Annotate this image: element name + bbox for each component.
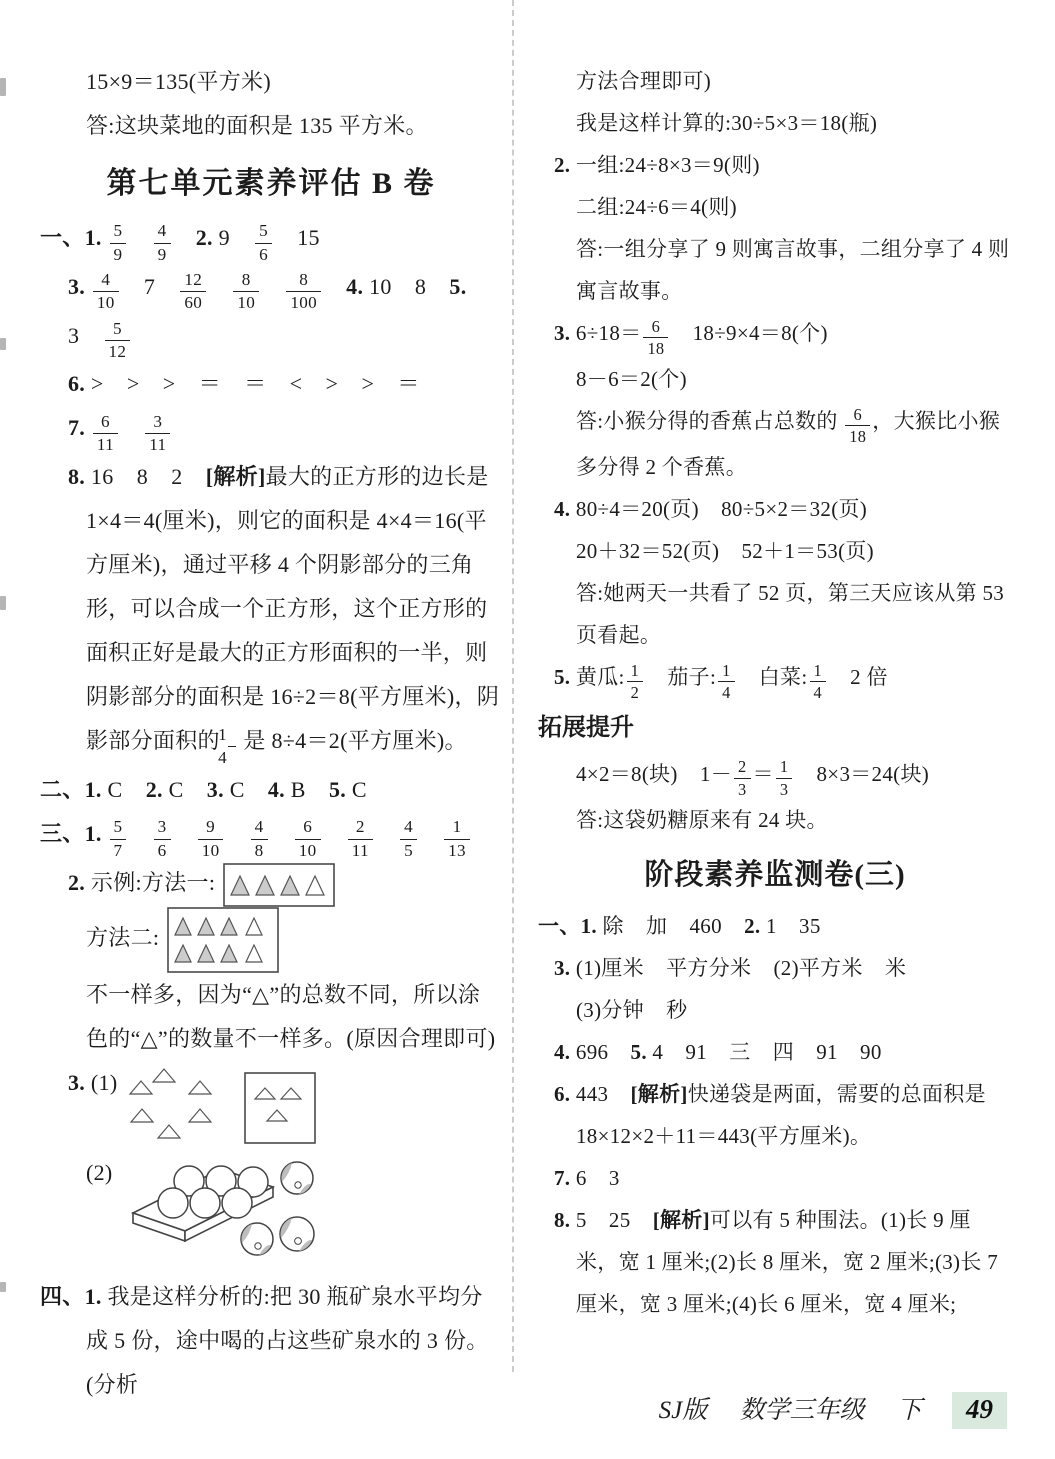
answer-line: 5. 黄瓜:12 茄子:14 白菜:14 2 倍 (554, 656, 1012, 702)
fraction: 610 (295, 817, 321, 860)
answer-line: 4. 80÷4＝20(页) 80÷5×2＝32(页) (554, 488, 1012, 530)
answer-line: 二组:24÷6＝4(则) (576, 186, 1012, 228)
fraction: 12 (627, 661, 643, 703)
q3-part1-label: 3. (1) (68, 1070, 117, 1095)
column-divider (512, 0, 514, 1372)
scan-mark (0, 1282, 6, 1292)
extension-heading: 拓展提升 (538, 703, 1012, 753)
fraction: 1260 (180, 270, 206, 313)
page-number-stamp: 49 (952, 1392, 1007, 1429)
answer-line: 20＋32＝52(页) 52＋1＝53(页) (576, 530, 1012, 572)
fraction: 56 (255, 221, 272, 264)
beach-ball (241, 1223, 273, 1255)
beach-ball (281, 1162, 313, 1194)
page-footer: SJ版 数学三年级 下 49 (520, 1390, 1007, 1429)
fraction: 36 (154, 817, 171, 860)
right-column: 方法合理即可) 我是这样计算的:30÷5×3＝18(瓶) 2. 一组:24÷8×… (538, 60, 1012, 1325)
method-two-diagram (167, 907, 279, 973)
answer-line: 8－6＝2(个) (576, 358, 1012, 400)
scan-mark (0, 338, 6, 350)
answer-line: 答:这袋奶糖原来有 24 块。 (576, 799, 1012, 841)
answer-paragraph: 答:一组分享了 9 则寓言故事，二组分享了 4 则寓言故事。 (576, 228, 1012, 312)
answer-line: 4×2＝8(块) 1－23＝13 8×3＝24(块) (576, 753, 1012, 799)
answer-line: 二、1. C 2. C 3. C 4. B 5. C (40, 768, 502, 812)
balls-tray-diagram (121, 1155, 383, 1267)
fraction: 48 (251, 817, 268, 860)
scan-mark (0, 596, 6, 610)
stage-test-heading: 阶段素养监测卷(三) (538, 847, 1012, 903)
answer-line: 3. (1) (68, 1061, 502, 1151)
answer-line: 7. 611 311 (68, 406, 502, 455)
answer-line: 我是这样计算的:30÷5×3＝18(瓶) (576, 102, 1012, 144)
fraction: 618 (643, 317, 668, 359)
answer-line: 3. 410 7 1260 810 8100 4. 10 8 5. 3 512 (68, 265, 502, 363)
method-one-label: 2. 示例:方法一: (68, 870, 215, 895)
answer-paragraph: 6. 443 [解析]快递袋是两面，需要的总面积是 18×12×2＋11＝443… (576, 1073, 1012, 1157)
fraction: 611 (93, 412, 118, 455)
fraction: 14 (228, 725, 236, 768)
answer-line: 4. 696 5. 4 91 三 四 91 90 (554, 1031, 1012, 1073)
unit-b-heading: 第七单元素养评估 B 卷 (40, 156, 502, 212)
answer-paragraph: 不一样多，因为“△”的总数不同，所以涂色的“△”的数量不一样多。(原因合理即可) (86, 973, 502, 1061)
answer-line: 方法合理即可) (576, 60, 1012, 102)
answer-line: (2) (86, 1151, 502, 1267)
answer-line: 三、1. 57 36 910 48 610 211 45 113 (40, 812, 502, 861)
answer-line: 15×9＝135(平方米) (86, 60, 502, 104)
answer-paragraph: 答:小猴分得的香蕉占总数的 618，大猴比小猴多分得 2 个香蕉。 (576, 400, 1012, 488)
fraction: 49 (154, 221, 171, 264)
answer-line: 方法二: (86, 907, 502, 973)
answer-paragraph: 8. 16 8 2 [解析]最大的正方形的边长是 1×4＝4(厘米)，则它的面积… (86, 455, 502, 768)
answer-line: 3. (1)厘米 平方分米 (2)平方米 米 (554, 947, 1012, 989)
method-one-diagram (223, 863, 335, 907)
fraction: 23 (734, 757, 750, 799)
answer-line: 3. 6÷18＝618 18÷9×4＝8(个) (554, 312, 1012, 358)
answer-line: 6. > > > ＝ ＝ < > > ＝ (68, 362, 502, 406)
answer-paragraph: 8. 5 25 [解析]可以有 5 种围法。(1)长 9 厘米，宽 1 厘米;(… (576, 1199, 1012, 1325)
answer-line: 7. 6 3 (554, 1157, 1012, 1199)
answer-line: 一、1. 除 加 460 2. 1 35 (538, 905, 1012, 947)
beach-ball (280, 1217, 314, 1251)
triangles-sorting-diagram (125, 1065, 377, 1151)
scan-mark (0, 78, 6, 96)
answer-line: 一、1. 59 49 2. 9 56 15 (40, 216, 502, 265)
footer-volume: 下 (897, 1397, 922, 1424)
fraction: 410 (93, 270, 119, 313)
fraction: 14 (810, 661, 826, 703)
footer-edition: SJ版 (659, 1397, 708, 1424)
fraction: 59 (110, 221, 127, 264)
fraction: 910 (198, 817, 224, 860)
answer-line: 2. 示例:方法一: (68, 861, 502, 907)
fraction: 512 (105, 319, 131, 362)
fraction: 211 (348, 817, 373, 860)
fraction: 810 (233, 270, 259, 313)
fraction: 311 (145, 412, 170, 455)
method-two-label: 方法二: (86, 925, 159, 950)
fraction: 45 (400, 817, 417, 860)
footer-subject: 数学三年级 (739, 1397, 864, 1424)
fraction: 57 (110, 817, 127, 860)
fraction: 8100 (286, 270, 321, 313)
fraction: 113 (444, 817, 470, 860)
fraction: 13 (776, 757, 792, 799)
fraction: 618 (845, 405, 870, 447)
answer-line: (3)分钟 秒 (576, 989, 1012, 1031)
answer-paragraph: 答:她两天一共看了 52 页，第三天应该从第 53 页看起。 (576, 572, 1012, 656)
answer-line: 答:这块菜地的面积是 135 平方米。 (86, 104, 502, 148)
fraction: 14 (718, 661, 734, 703)
q3-part2-label: (2) (86, 1160, 113, 1185)
workbook-answer-page: 15×9＝135(平方米) 答:这块菜地的面积是 135 平方米。 第七单元素养… (0, 0, 1055, 1459)
answer-paragraph: 四、1. 我是这样分析的:把 30 瓶矿泉水平均分成 5 份，途中喝的占这些矿泉… (86, 1275, 502, 1407)
answer-line: 2. 一组:24÷8×3＝9(则) (554, 144, 1012, 186)
left-column: 15×9＝135(平方米) 答:这块菜地的面积是 135 平方米。 第七单元素养… (40, 60, 502, 1407)
